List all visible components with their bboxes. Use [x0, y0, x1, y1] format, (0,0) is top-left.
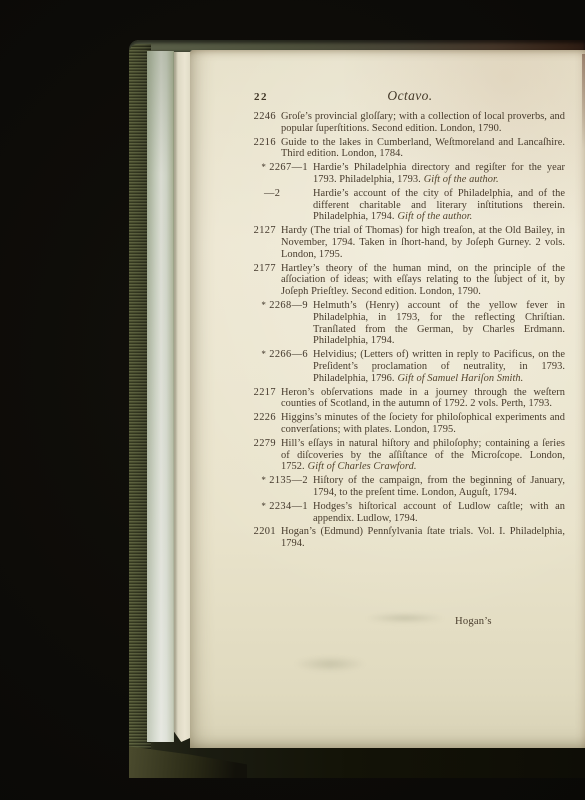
gift-note: Gift of the author.	[424, 174, 499, 185]
entry-text: Hartley’s theory of the human mind, on t…	[281, 263, 565, 298]
catalog-entry: *2268—9Helmuth’s (Henry) account of the …	[247, 300, 565, 347]
entry-description: Groſe’s provincial gloſſary; with a coll…	[281, 111, 565, 134]
entry-text: Guide to the lakes in Cumberland, Weſtmo…	[281, 137, 565, 161]
entry-number: 2226	[247, 412, 281, 436]
entry-text: Hodges’s hiſtorical account of Ludlow ca…	[313, 501, 565, 525]
entry-description: Hardy (The trial of Thomas) for high tre…	[281, 225, 565, 260]
catalog-entry: *2135—2Hiſtory of the campaign, from the…	[247, 475, 565, 499]
gift-note: Gift of Samuel Hariſon Smith.	[397, 373, 523, 384]
entry-description: Heron’s obſervations made in a journey t…	[281, 387, 565, 410]
page-number: 22	[254, 91, 268, 103]
entry-number-label: 2279	[254, 438, 276, 449]
entry-number-label: 2234—1	[269, 501, 308, 512]
catalog-entry: —2Hardie’s account of the city of Philad…	[247, 188, 565, 223]
gift-star-marker: *	[261, 501, 266, 511]
catalog-entry: 2201Hogan’s (Edmund) Pennſylvania ſtate …	[247, 526, 565, 550]
entry-description: Hartley’s theory of the human mind, on t…	[281, 263, 565, 298]
entry-text: Groſe’s provincial gloſſary; with a coll…	[281, 111, 565, 135]
entry-number-label: 2267—1	[269, 162, 308, 173]
entry-number-label: —2	[264, 188, 280, 199]
catalog-entry: *2267—1Hardie’s Philadelphia directory a…	[247, 162, 565, 186]
entry-number-label: 2246	[254, 111, 276, 122]
catchword: Hogan’s	[455, 616, 492, 627]
entry-description: Hiſtory of the campaign, from the beginn…	[313, 475, 565, 498]
entry-description: Hodges’s hiſtorical account of Ludlow ca…	[313, 501, 565, 524]
entry-number-label: 2135—2	[269, 475, 308, 486]
gift-star-marker: *	[261, 475, 266, 485]
entry-number: 2216	[247, 137, 281, 161]
entry-text: Heron’s obſervations made in a journey t…	[281, 387, 565, 411]
entry-text: Hardie’s Philadelphia directory and regi…	[313, 162, 565, 186]
entry-description: Helmuth’s (Henry) account of the yellow …	[313, 300, 565, 346]
entry-description: Hogan’s (Edmund) Pennſylvania ſtate tria…	[281, 526, 565, 549]
catalog-entry: 2246Groſe’s provincial gloſſary; with a …	[247, 111, 565, 135]
catalog-entry: 2279Hill’s eſſays in natural hiſtory and…	[247, 438, 565, 473]
entry-number: *2267—1	[247, 162, 313, 186]
endpaper-edges	[147, 51, 174, 742]
entry-number: 2177	[247, 263, 281, 298]
entry-number: 2127	[247, 225, 281, 260]
entry-description: Guide to the lakes in Cumberland, Weſtmo…	[281, 137, 565, 160]
entry-number: 2279	[247, 438, 281, 473]
entry-number-label: 2226	[254, 412, 276, 423]
entry-number: —2	[247, 188, 313, 223]
entry-number-label: 2201	[254, 526, 276, 537]
entry-text: Helmuth’s (Henry) account of the yellow …	[313, 300, 565, 347]
entry-number: 2217	[247, 387, 281, 411]
catalog-entry: 2177Hartley’s theory of the human mind, …	[247, 263, 565, 298]
gift-star-marker: *	[261, 300, 266, 310]
entry-number-label: 2266—6	[269, 349, 308, 360]
entry-text: Hardie’s account of the city of Philadel…	[313, 188, 565, 223]
catalog-entry: 2217Heron’s obſervations made in a journ…	[247, 387, 565, 411]
entry-text: Hogan’s (Edmund) Pennſylvania ſtate tria…	[281, 526, 565, 550]
entry-number: *2268—9	[247, 300, 313, 347]
ink-smudge	[295, 656, 365, 672]
catalog-entry: 2226Higgins’s minutes of the ſociety for…	[247, 412, 565, 436]
catalog-entries-list: 2246Groſe’s provincial gloſſary; with a …	[247, 111, 565, 550]
entry-number-label: 2268—9	[269, 300, 308, 311]
book-page: 22 Octavo. 2246Groſe’s provincial gloſſa…	[190, 50, 585, 748]
entry-number: 2201	[247, 526, 281, 550]
gift-star-marker: *	[261, 349, 266, 359]
gift-star-marker: *	[261, 162, 266, 172]
entry-text: Hiſtory of the campaign, from the beginn…	[313, 475, 565, 499]
entry-number: *2135—2	[247, 475, 313, 499]
entry-number-label: 2127	[254, 225, 276, 236]
running-head: Octavo.	[387, 88, 432, 104]
catalog-entry: 2127Hardy (The trial of Thomas) for high…	[247, 225, 565, 260]
entry-number-label: 2177	[254, 263, 276, 274]
catalog-entry: *2234—1Hodges’s hiſtorical account of Lu…	[247, 501, 565, 525]
entry-text: Higgins’s minutes of the ſociety for phi…	[281, 412, 565, 436]
catalog-entry: *2266—6Helvidius; (Letters of) written i…	[247, 349, 565, 384]
entry-text: Helvidius; (Letters of) written in reply…	[313, 349, 565, 384]
entry-number-label: 2216	[254, 137, 276, 148]
entry-number: *2234—1	[247, 501, 313, 525]
entry-number: 2246	[247, 111, 281, 135]
gift-note: Gift of Charles Crawford.	[308, 461, 417, 472]
entry-number-label: 2217	[254, 387, 276, 398]
entry-text: Hill’s eſſays in natural hiſtory and phi…	[281, 438, 565, 473]
ink-smudge	[365, 613, 445, 623]
catalog-entry: 2216Guide to the lakes in Cumberland, We…	[247, 137, 565, 161]
book-photograph: { "page": { "number": "22", "running_hea…	[0, 0, 585, 800]
entry-text: Hardy (The trial of Thomas) for high tre…	[281, 225, 565, 260]
gift-note: Gift of the author.	[397, 211, 472, 222]
entry-number: *2266—6	[247, 349, 313, 384]
entry-description: Higgins’s minutes of the ſociety for phi…	[281, 412, 565, 435]
